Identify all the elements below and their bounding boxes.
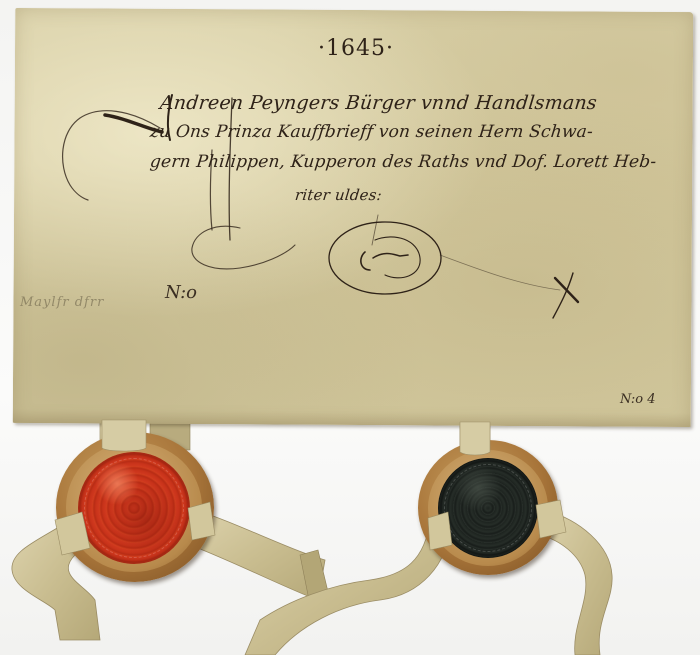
document-year: ·1645· bbox=[318, 36, 394, 61]
marginal-number: N:o bbox=[165, 282, 197, 303]
text-line-3: gern Philippen, Kupperon des Raths vnd D… bbox=[149, 152, 657, 172]
black-wax-disc bbox=[438, 458, 538, 558]
archive-number: N:o 4 bbox=[620, 392, 656, 407]
text-line-2: zu Ons Prinza Kauffbrieff von seinen Her… bbox=[149, 122, 594, 142]
text-line-4: riter uldes: bbox=[294, 186, 383, 204]
seal-inscription-ring bbox=[84, 458, 184, 558]
faded-offset-text: Maylfr dfrr bbox=[20, 295, 104, 310]
text-line-1: Andreen Peyngers Bürger vnnd Handlsmans bbox=[159, 92, 598, 114]
red-wax-disc bbox=[78, 452, 190, 564]
parchment-sheet bbox=[13, 8, 694, 427]
seal-inscription-ring bbox=[444, 464, 532, 552]
